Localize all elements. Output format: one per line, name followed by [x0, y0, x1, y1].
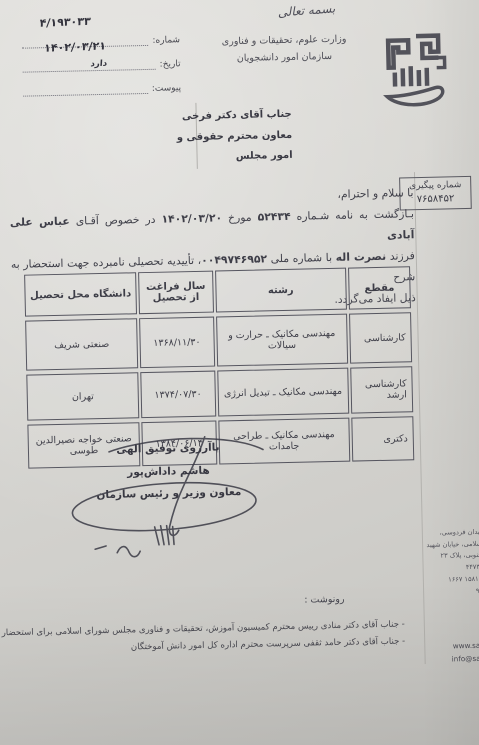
- cell-graduation-date: ۱۳۷۴/۰۷/۳۰: [140, 371, 215, 419]
- header-field: رشته: [215, 268, 347, 313]
- attachment-value: دارد: [90, 59, 107, 70]
- header-graduation-date: سال فراغت از تحصیل: [138, 271, 213, 315]
- table-header-row: مقطع رشته سال فراغت از تحصیل دانشگاه محل…: [24, 266, 411, 316]
- cc-list: - جناب آقای دکتر منادی رییس محترم کمیسیو…: [0, 616, 405, 660]
- body-text: مورخ: [222, 211, 258, 225]
- cell-level: دکتری: [351, 416, 414, 461]
- cell-university: تهران: [26, 372, 139, 420]
- cell-field: مهندسی مکانیک ـ تبدیل انرژی: [217, 368, 349, 417]
- handwritten-signature: [55, 427, 286, 568]
- letterhead-meta: ۴/۱۹۳۰۳۳ شماره: ۱۴۰۲/۰۳/۲۱ تاریخ: دارد پ…: [21, 13, 181, 96]
- scanned-letter-photo: ۴/۱۹۳۰۳۳ شماره: ۱۴۰۲/۰۳/۲۱ تاریخ: دارد پ…: [0, 0, 479, 745]
- dotted-line: [22, 57, 155, 73]
- letter-sheet: ۴/۱۹۳۰۳۳ شماره: ۱۴۰۲/۰۳/۲۱ تاریخ: دارد پ…: [0, 0, 479, 745]
- letterhead-titles: وزارت علوم، تحقیقات و فناوری سازمان امور…: [200, 31, 369, 68]
- address-line: پستی : ۱۵۸۱۵ ۱۶۶۷: [418, 573, 479, 587]
- recipient-block: جناب آقای دکتر فرخی معاون محترم حقوقی و …: [176, 105, 293, 169]
- body-text: بـازگشت به نامه شـماره: [290, 207, 414, 223]
- recipient-title: معاون محترم حقوقی و امور مجلس: [176, 125, 293, 169]
- reference-date: ۱۴۰۲/۰۳/۲۰: [161, 211, 222, 225]
- father-name: نصرت اله: [336, 250, 387, 264]
- header-level: مقطع: [348, 266, 411, 309]
- address-line: تهران، میدان فردوسی،: [417, 526, 479, 540]
- email-address: info@saorg.ir: [419, 652, 479, 667]
- cc-label: رونوشت :: [304, 594, 344, 606]
- bismillah-calligraphy: بسمه تعالی: [251, 0, 362, 22]
- cell-field: مهندسی مکانیک ـ حرارت و سیالات: [216, 314, 348, 367]
- header-university: دانشگاه محل تحصیل: [24, 272, 137, 316]
- website-url: www.saorg.ir: [419, 639, 479, 654]
- table-row: کارشناسی مهندسی مکانیک ـ حرارت و سیالات …: [25, 312, 412, 370]
- attachment-label: پیوست:: [148, 83, 181, 94]
- cell-level: کارشناسی ارشد: [350, 366, 413, 413]
- reference-number: ۵۲۴۳۴: [258, 210, 291, 224]
- recipient-name: جناب آقای دکتر فرخی: [176, 105, 292, 128]
- letter-number-value: ۴/۱۹۳۰۳۳: [39, 15, 91, 30]
- web-links: www.saorg.ir info@saorg.ir: [419, 639, 479, 667]
- body-text: فرزند: [386, 249, 415, 263]
- cell-level: کارشناسی: [349, 312, 412, 363]
- letter-number-label: شماره:: [148, 35, 180, 46]
- organization-logo-icon: [380, 29, 452, 111]
- address-line: ۹۶۶۴۳۰۰۰: [418, 585, 479, 599]
- letter-date-value: ۱۴۰۲/۰۳/۲۱: [44, 39, 107, 54]
- letter-date-label: تاریخ:: [156, 59, 181, 70]
- cell-graduation-date: ۱۳۶۸/۱۱/۳۰: [139, 317, 215, 369]
- dotted-line: [23, 81, 148, 97]
- table-row: کارشناسی ارشد مهندسی مکانیک ـ تبدیل انرژ…: [26, 366, 413, 420]
- body-text: در خصوص آقـای: [70, 213, 162, 228]
- cell-university: صنعتی شریف: [25, 318, 138, 370]
- address-block: تهران، میدان فردوسی، انقلاب اسلامی، خیاب…: [417, 526, 479, 598]
